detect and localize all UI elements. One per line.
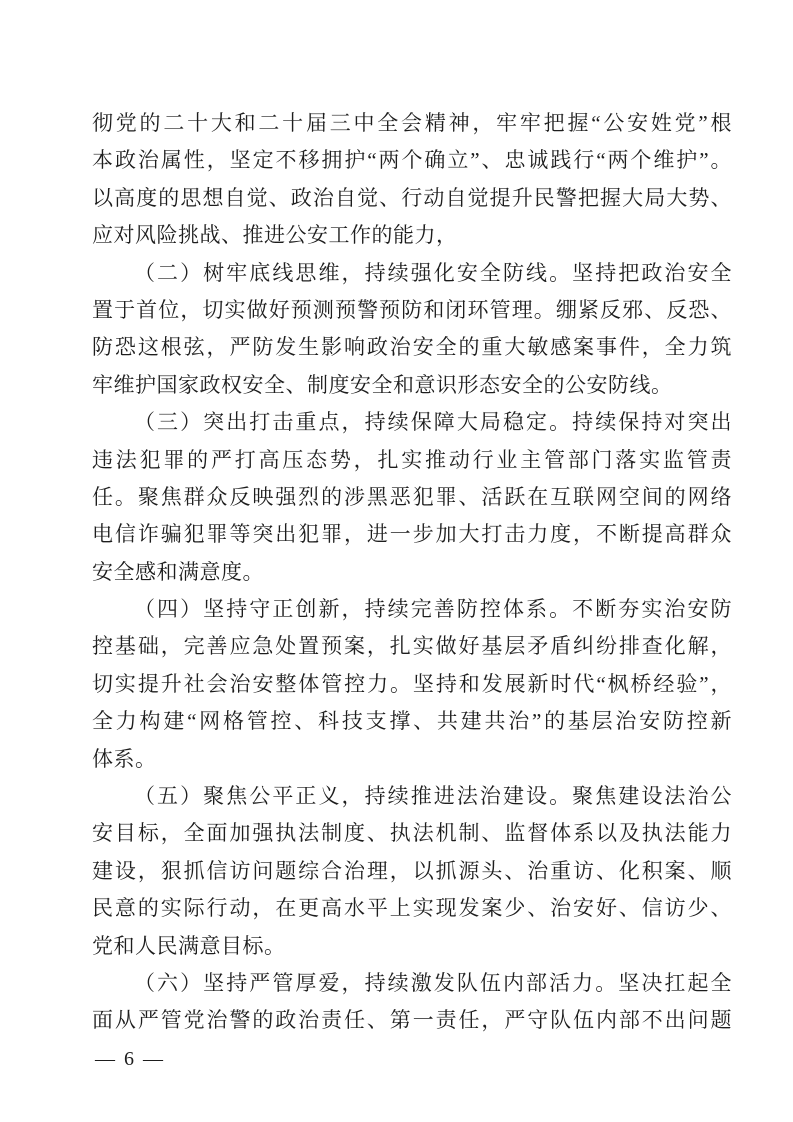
text-line: （六）坚持严管厚爱，持续激发队伍内部活力。坚决扛起全 <box>92 965 732 1002</box>
text-line: 应对风险挑战、推进公安工作的能力， <box>92 217 732 254</box>
text-line: 全力构建“网格管控、科技支撑、共建共治”的基层治安防控新 <box>92 703 732 740</box>
text-line: 置于首位，切实做好预测预警预防和闭环管理。绷紧反邪、反恐、 <box>92 292 732 329</box>
text-line: 切实提升社会治安整体管控力。坚持和发展新时代“枫桥经验”， <box>92 666 732 703</box>
text-line: 民意的实际行动，在更高水平上实现发案少、治安好、信访少、 <box>92 890 732 927</box>
text-line: 牢维护国家政权安全、制度安全和意识形态安全的公安防线。 <box>92 367 732 404</box>
text-line: 安全感和满意度。 <box>92 554 732 591</box>
text-line: 建设，狠抓信访问题综合治理，以抓源头、治重访、化积案、顺 <box>92 853 732 890</box>
text-line: 防恐这根弦，严防发生影响政治安全的重大敏感案事件，全力筑 <box>92 329 732 366</box>
text-line: 违法犯罪的严打高压态势，扎实推动行业主管部门落实监管责 <box>92 442 732 479</box>
page-number-footer: — 6 — <box>95 1046 165 1072</box>
text-line: （三）突出打击重点，持续保障大局稳定。持续保持对突出 <box>92 404 732 441</box>
text-line: 彻党的二十大和二十届三中全会精神，牢牢把握“公安姓党”根 <box>92 105 732 142</box>
text-line: 体系。 <box>92 741 732 778</box>
text-line: （四）坚持守正创新，持续完善防控体系。不断夯实治安防 <box>92 591 732 628</box>
text-line: 以高度的思想自觉、政治自觉、行动自觉提升民警把握大局大势、 <box>92 180 732 217</box>
document-body: 彻党的二十大和二十届三中全会精神，牢牢把握“公安姓党”根本政治属性，坚定不移拥护… <box>92 105 732 1040</box>
text-line: 本政治属性，坚定不移拥护“两个确立”、忠诚践行“两个维护”。 <box>92 142 732 179</box>
text-line: 安目标，全面加强执法制度、执法机制、监督体系以及执法能力 <box>92 815 732 852</box>
text-line: 面从严管党治警的政治责任、第一责任，严守队伍内部不出问题 <box>92 1002 732 1039</box>
text-line: （二）树牢底线思维，持续强化安全防线。坚持把政治安全 <box>92 255 732 292</box>
text-line: 控基础，完善应急处置预案，扎实做好基层矛盾纠纷排查化解， <box>92 628 732 665</box>
text-line: （五）聚焦公平正义，持续推进法治建设。聚焦建设法治公 <box>92 778 732 815</box>
text-line: 党和人民满意目标。 <box>92 928 732 965</box>
text-line: 任。聚焦群众反映强烈的涉黑恶犯罪、活跃在互联网空间的网络 <box>92 479 732 516</box>
text-line: 电信诈骗犯罪等突出犯罪，进一步加大打击力度，不断提高群众 <box>92 516 732 553</box>
document-page: 彻党的二十大和二十届三中全会精神，牢牢把握“公安姓党”根本政治属性，坚定不移拥护… <box>0 0 793 1122</box>
